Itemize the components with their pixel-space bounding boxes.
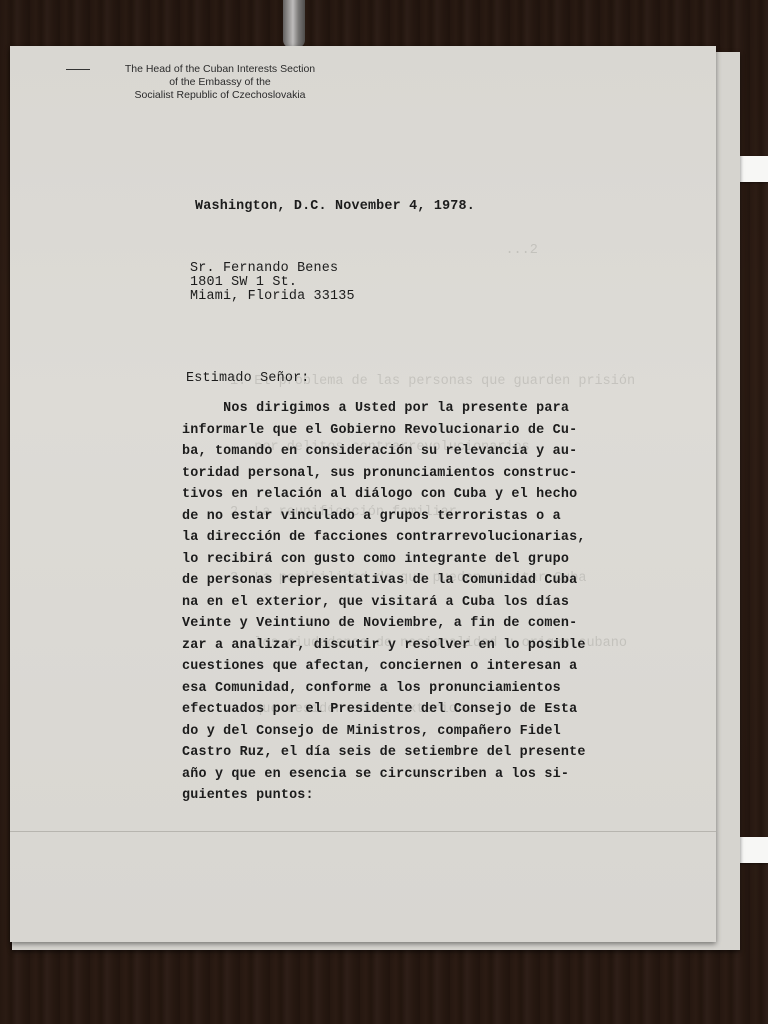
body-line: toridad personal, sus pronunciamientos c… xyxy=(182,463,622,485)
body-line: cuestiones que afectan, conciernen o int… xyxy=(182,656,622,678)
letterhead-line: Socialist Republic of Czechoslovakia xyxy=(70,89,370,102)
body-line: ba, tomando en consideración su relevanc… xyxy=(182,441,622,463)
recipient-name: Sr. Fernando Benes xyxy=(190,262,355,276)
body-line: zar a analizar, discutir y resolver en l… xyxy=(182,635,622,657)
body-line: Veinte y Veintiuno de Noviembre, a fin d… xyxy=(182,613,622,635)
body-line: la dirección de facciones contrarrevoluc… xyxy=(182,527,622,549)
letterhead: The Head of the Cuban Interests Section … xyxy=(70,63,370,102)
salutation: Estimado Señor: xyxy=(186,371,310,386)
recipient-street: 1801 SW 1 St. xyxy=(190,276,355,290)
letterhead-underline xyxy=(66,69,90,70)
letter-page: ...2 1. El problema de las personas que … xyxy=(10,46,716,942)
body-line: año y que en esencia se circunscriben a … xyxy=(182,764,622,786)
body-line: tivos en relación al diálogo con Cuba y … xyxy=(182,484,622,506)
body-line: guientes puntos: xyxy=(182,785,622,807)
letter-body: Nos dirigimos a Usted por la presente pa… xyxy=(182,398,622,807)
body-line: efectuados por el Presidente del Consejo… xyxy=(182,699,622,721)
paper-fold xyxy=(10,831,716,832)
letterhead-line: of the Embassy of the xyxy=(70,76,370,89)
body-line: de no estar vinculado a grupos terrorist… xyxy=(182,506,622,528)
dateline: Washington, D.C. November 4, 1978. xyxy=(195,199,475,214)
body-line: Castro Ruz, el día seis de setiembre del… xyxy=(182,742,622,764)
body-line: esa Comunidad, conforme a los pronunciam… xyxy=(182,678,622,700)
body-line: informarle que el Gobierno Revolucionari… xyxy=(182,420,622,442)
recipient-address: Sr. Fernando Benes 1801 SW 1 St. Miami, … xyxy=(190,262,355,304)
body-line: lo recibirá con gusto como integrante de… xyxy=(182,549,622,571)
body-line: na en el exterior, que visitará a Cuba l… xyxy=(182,592,622,614)
body-line: do y del Consejo de Ministros, compañero… xyxy=(182,721,622,743)
recipient-city: Miami, Florida 33135 xyxy=(190,290,355,304)
body-line: Nos dirigimos a Usted por la presente pa… xyxy=(182,398,622,420)
body-line: de personas representativas de la Comuni… xyxy=(182,570,622,592)
binder-clip xyxy=(283,0,305,48)
letterhead-line: The Head of the Cuban Interests Section xyxy=(70,63,370,76)
